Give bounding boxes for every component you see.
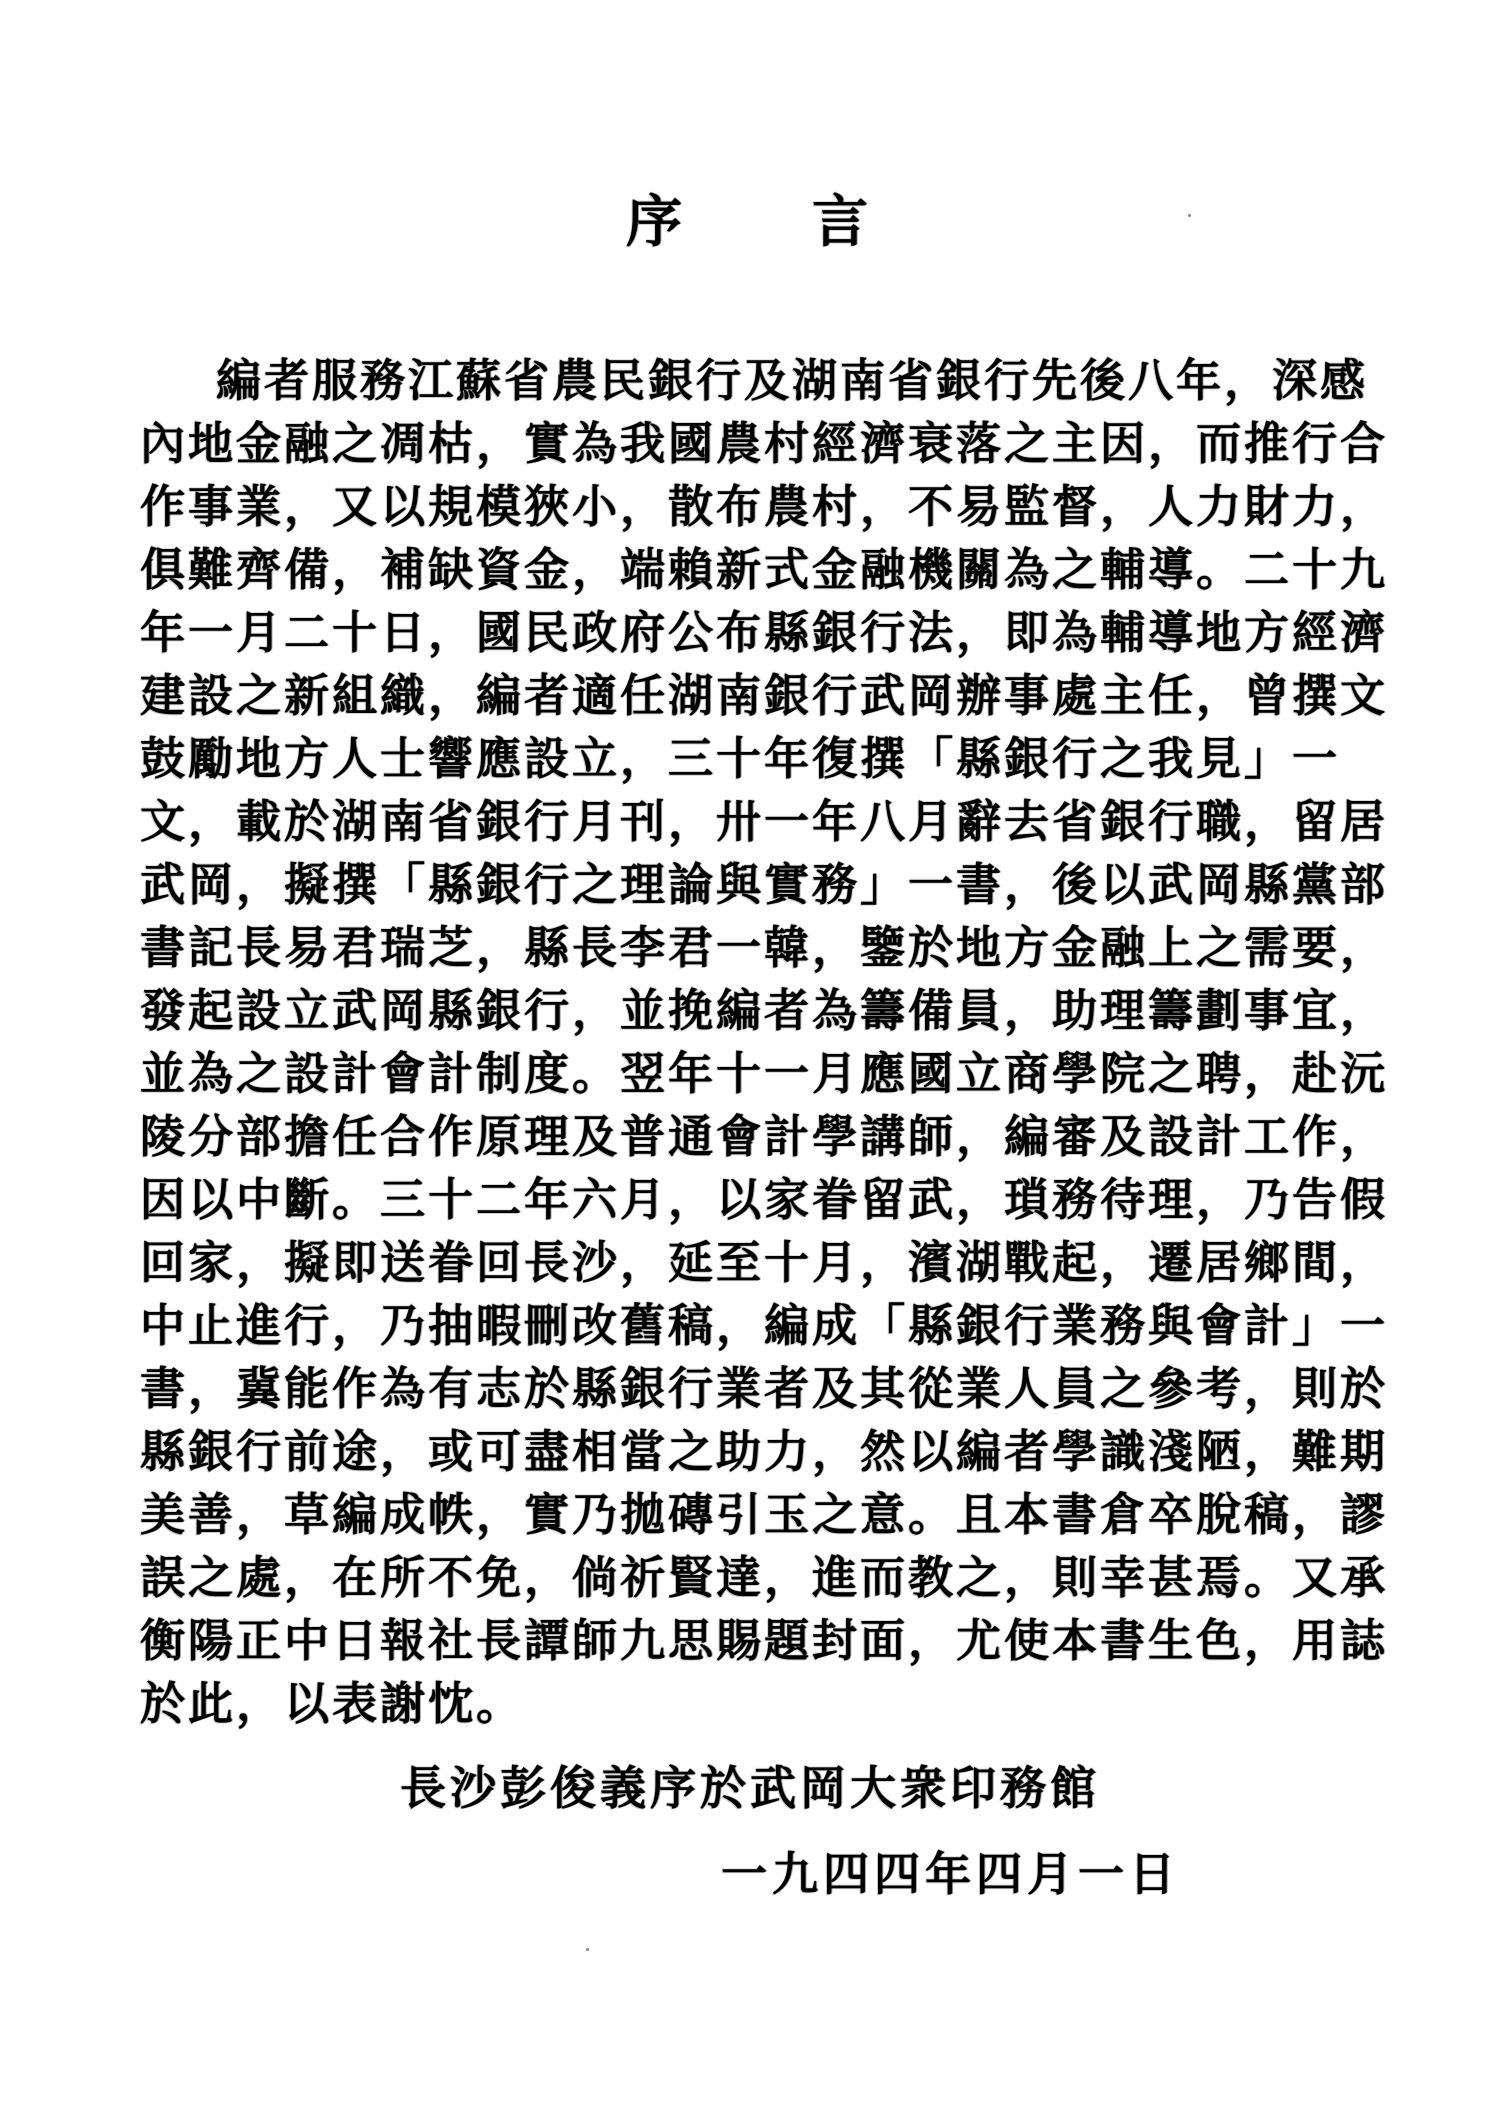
text-line: 編者服務江蘇省農民銀行及湖南省銀行先後八年，深感 bbox=[140, 350, 1370, 413]
page-title: 序 言 bbox=[140, 178, 1360, 258]
text-line: 中止進行，乃抽暇刪改舊稿，編成「縣銀行業務與會計」一 bbox=[140, 1295, 1370, 1358]
text-line: 建設之新組織，編者適任湖南銀行武岡辦事處主任，曾撰文 bbox=[140, 665, 1370, 728]
date-line: 一九四四年四月一日 bbox=[140, 1838, 1180, 1904]
signature-line: 長沙彭俊義序於武岡大衆印務館 bbox=[140, 1752, 1360, 1818]
text-line: 俱難齊備，補缺資金，端賴新式金融機關為之輔導。二十九 bbox=[140, 539, 1370, 602]
text-line: 陵分部擔任合作原理及普通會計學講師，編審及設計工作， bbox=[140, 1106, 1370, 1169]
text-line: 回家，擬即送眷回長沙，延至十月，濱湖戰起，遷居鄉間， bbox=[140, 1232, 1370, 1295]
text-line: 誤之處，在所不免，倘祈賢達，進而教之，則幸甚焉。又承 bbox=[140, 1547, 1370, 1610]
body-text: 編者服務江蘇省農民銀行及湖南省銀行先後八年，深感內地金融之凋枯，實為我國農村經濟… bbox=[140, 350, 1370, 1736]
scanned-document-page: 序 言 編者服務江蘇省農民銀行及湖南省銀行先後八年，深感內地金融之凋枯，實為我國… bbox=[0, 0, 1488, 2112]
scan-speck bbox=[268, 512, 272, 516]
text-line: 美善，草編成帙，實乃拋磚引玉之意。且本書倉卒脫稿，謬 bbox=[140, 1484, 1370, 1547]
text-line: 於此，以表謝忱。 bbox=[140, 1673, 1370, 1736]
text-line: 內地金融之凋枯，實為我國農村經濟衰落之主因，而推行合 bbox=[140, 413, 1370, 476]
text-line: 年一月二十日，國民政府公布縣銀行法，即為輔導地方經濟 bbox=[140, 602, 1370, 665]
text-line: 衡陽正中日報社長譚師九思賜題封面，尤使本書生色，用誌 bbox=[140, 1610, 1370, 1673]
text-line: 縣銀行前途，或可盡相當之助力，然以編者學識淺陋，難期 bbox=[140, 1421, 1370, 1484]
scan-speck bbox=[586, 1948, 589, 1951]
text-line: 武岡，擬撰「縣銀行之理論與實務」一書，後以武岡縣黨部 bbox=[140, 854, 1370, 917]
scan-speck bbox=[1188, 214, 1191, 217]
text-line: 因以中斷。三十二年六月，以家眷留武，瑣務待理，乃告假 bbox=[140, 1169, 1370, 1232]
text-line: 書記長易君瑞芝，縣長李君一韓，鑒於地方金融上之需要， bbox=[140, 917, 1370, 980]
text-line: 書，冀能作為有志於縣銀行業者及其從業人員之參考，則於 bbox=[140, 1358, 1370, 1421]
text-line: 作事業，又以規模狹小，散布農村，不易監督，人力財力， bbox=[140, 476, 1370, 539]
text-line: 鼓勵地方人士響應設立，三十年復撰「縣銀行之我見」一 bbox=[140, 728, 1370, 791]
text-line: 並為之設計會計制度。翌年十一月應國立商學院之聘，赴沅 bbox=[140, 1043, 1370, 1106]
text-line: 發起設立武岡縣銀行，並挽編者為籌備員，助理籌劃事宜， bbox=[140, 980, 1370, 1043]
text-line: 文，載於湖南省銀行月刊，卅一年八月辭去省銀行職，留居 bbox=[140, 791, 1370, 854]
